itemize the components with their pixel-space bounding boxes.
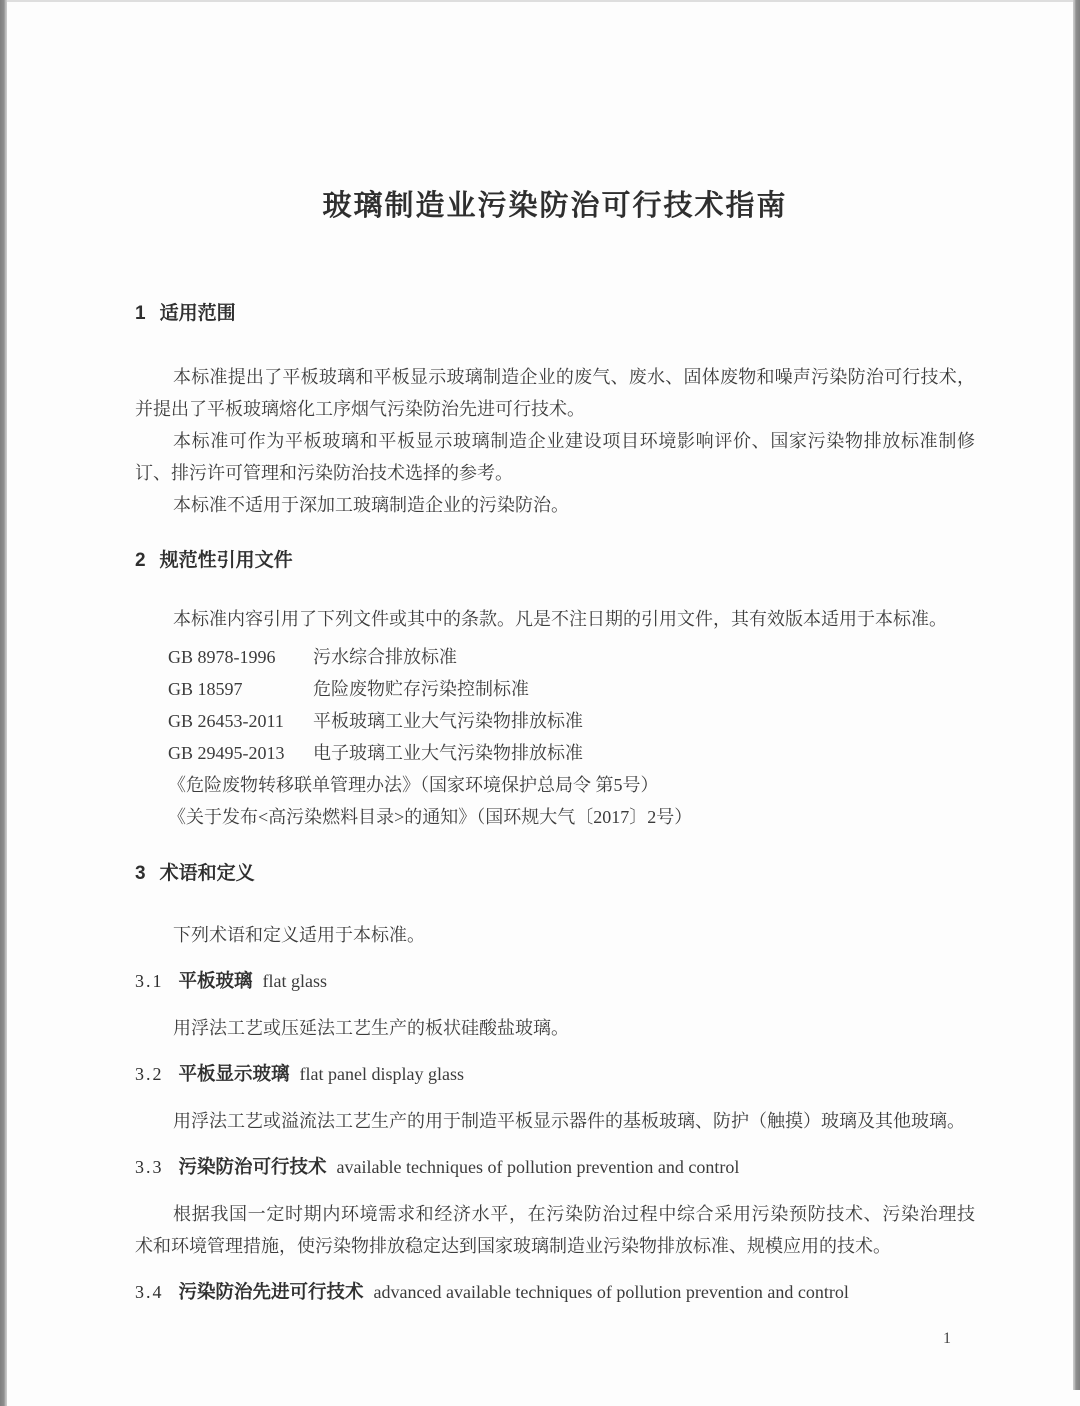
page-content: 玻璃制造业污染防治可行技术指南 1适用范围 本标准提出了平板玻璃和平板显示玻璃制… bbox=[135, 0, 975, 1304]
term-3-1-definition: 用浮法工艺或压延法工艺生产的板状硅酸盐玻璃。 bbox=[135, 1012, 975, 1044]
page-top-edge bbox=[0, 0, 1080, 2]
section-3-intro: 下列术语和定义适用于本标准。 bbox=[135, 919, 975, 951]
section-3-number: 3 bbox=[135, 863, 146, 884]
reference-code: GB 18597 bbox=[168, 673, 313, 705]
term-name-en: advanced available techniques of polluti… bbox=[374, 1282, 849, 1302]
term-3-3-heading: 3.3污染防治可行技术available techniques of pollu… bbox=[135, 1155, 975, 1179]
term-number: 3.4 bbox=[135, 1282, 164, 1302]
reference-item: GB 8978-1996污水综合排放标准 bbox=[135, 641, 975, 673]
reference-code: GB 8978-1996 bbox=[168, 641, 313, 673]
term-3-3-definition: 根据我国一定时期内环境需求和经济水平，在污染防治过程中综合采用污染预防技术、污染… bbox=[135, 1198, 975, 1262]
reference-item: GB 29495-2013电子玻璃工业大气污染物排放标准 bbox=[135, 737, 975, 769]
term-3-4-heading: 3.4污染防治先进可行技术advanced available techniqu… bbox=[135, 1280, 975, 1304]
reference-name: 污水综合排放标准 bbox=[313, 647, 457, 667]
section-3-title: 术语和定义 bbox=[160, 863, 255, 884]
term-name-en: available techniques of pollution preven… bbox=[337, 1157, 740, 1177]
term-number: 3.1 bbox=[135, 971, 164, 991]
reference-item: 《关于发布<高污染燃料目录>的通知》（国环规大气〔2017〕2号） bbox=[135, 801, 975, 833]
section-1-paragraph-2: 本标准可作为平板玻璃和平板显示玻璃制造企业建设项目环境影响评价、国家污染物排放标… bbox=[135, 425, 975, 489]
term-name-zh: 污染防治可行技术 bbox=[179, 1156, 327, 1177]
document-title: 玻璃制造业污染防治可行技术指南 bbox=[135, 0, 975, 226]
section-2-number: 2 bbox=[135, 550, 146, 571]
paragraph-line: 本标准不适用于深加工玻璃制造企业的污染防治。 bbox=[135, 489, 975, 521]
reference-item: 《危险废物转移联单管理办法》（国家环境保护总局令 第5号） bbox=[135, 769, 975, 801]
section-3-heading: 3术语和定义 bbox=[135, 861, 975, 887]
term-name-zh: 平板玻璃 bbox=[179, 970, 253, 991]
reference-name: 危险废物贮存污染控制标准 bbox=[313, 679, 529, 699]
term-3-2-definition: 用浮法工艺或溢流法工艺生产的用于制造平板显示器件的基板玻璃、防护（触摸）玻璃及其… bbox=[135, 1105, 975, 1137]
page-edge-left bbox=[0, 0, 7, 1406]
reference-code: GB 26453-2011 bbox=[168, 705, 313, 737]
section-2-title: 规范性引用文件 bbox=[160, 550, 293, 571]
reference-name: 平板玻璃工业大气污染物排放标准 bbox=[313, 711, 583, 731]
reference-name: 《危险废物转移联单管理办法》（国家环境保护总局令 第5号） bbox=[168, 775, 659, 795]
paragraph-line: 本标准内容引用了下列文件或其中的条款。凡是不注日期的引用文件，其有效版本适用于本… bbox=[135, 603, 975, 635]
term-name-en: flat glass bbox=[263, 971, 328, 991]
reference-item: GB 18597危险废物贮存污染控制标准 bbox=[135, 673, 975, 705]
paragraph-line: 本标准提出了平板玻璃和平板显示玻璃制造企业的废气、废水、固体废物和噪声污染防治可… bbox=[135, 361, 975, 393]
reference-code: GB 29495-2013 bbox=[168, 737, 313, 769]
term-name-en: flat panel display glass bbox=[300, 1064, 464, 1084]
section-2-heading: 2规范性引用文件 bbox=[135, 548, 975, 574]
section-2-intro: 本标准内容引用了下列文件或其中的条款。凡是不注日期的引用文件，其有效版本适用于本… bbox=[135, 603, 975, 635]
paragraph-line: 术和环境管理措施，使污染物排放稳定达到国家玻璃制造业污染物排放标准、规模应用的技… bbox=[135, 1230, 975, 1262]
term-number: 3.2 bbox=[135, 1064, 164, 1084]
paragraph-line: 用浮法工艺或溢流法工艺生产的用于制造平板显示器件的基板玻璃、防护（触摸）玻璃及其… bbox=[135, 1105, 975, 1137]
term-3-1-heading: 3.1平板玻璃flat glass bbox=[135, 969, 975, 993]
term-3-2-heading: 3.2平板显示玻璃flat panel display glass bbox=[135, 1062, 975, 1086]
reference-name: 《关于发布<高污染燃料目录>的通知》（国环规大气〔2017〕2号） bbox=[168, 807, 692, 827]
section-1-heading: 1适用范围 bbox=[135, 301, 975, 327]
paragraph-line: 并提出了平板玻璃熔化工序烟气污染防治先进可行技术。 bbox=[135, 393, 975, 425]
reference-name: 电子玻璃工业大气污染物排放标准 bbox=[313, 743, 583, 763]
term-name-zh: 平板显示玻璃 bbox=[179, 1063, 290, 1084]
paragraph-line: 本标准可作为平板玻璃和平板显示玻璃制造企业建设项目环境影响评价、国家污染物排放标… bbox=[135, 425, 975, 457]
paragraph-line: 根据我国一定时期内环境需求和经济水平，在污染防治过程中综合采用污染预防技术、污染… bbox=[135, 1198, 975, 1230]
reference-list: GB 8978-1996污水综合排放标准 GB 18597危险废物贮存污染控制标… bbox=[135, 641, 975, 833]
paragraph-line: 用浮法工艺或压延法工艺生产的板状硅酸盐玻璃。 bbox=[135, 1012, 975, 1044]
page-number: 1 bbox=[943, 1328, 951, 1350]
section-1-paragraph-1: 本标准提出了平板玻璃和平板显示玻璃制造企业的废气、废水、固体废物和噪声污染防治可… bbox=[135, 361, 975, 425]
paragraph-line: 订、排污许可管理和污染防治技术选择的参考。 bbox=[135, 457, 975, 489]
reference-item: GB 26453-2011平板玻璃工业大气污染物排放标准 bbox=[135, 705, 975, 737]
term-number: 3.3 bbox=[135, 1157, 164, 1177]
document-page: 玻璃制造业污染防治可行技术指南 1适用范围 本标准提出了平板玻璃和平板显示玻璃制… bbox=[0, 0, 1080, 1406]
section-1-number: 1 bbox=[135, 303, 146, 324]
section-1-paragraph-3: 本标准不适用于深加工玻璃制造企业的污染防治。 bbox=[135, 489, 975, 521]
page-edge-right bbox=[1073, 0, 1080, 1390]
section-1-title: 适用范围 bbox=[160, 303, 236, 324]
term-name-zh: 污染防治先进可行技术 bbox=[179, 1281, 364, 1302]
paragraph-line: 下列术语和定义适用于本标准。 bbox=[135, 919, 975, 951]
